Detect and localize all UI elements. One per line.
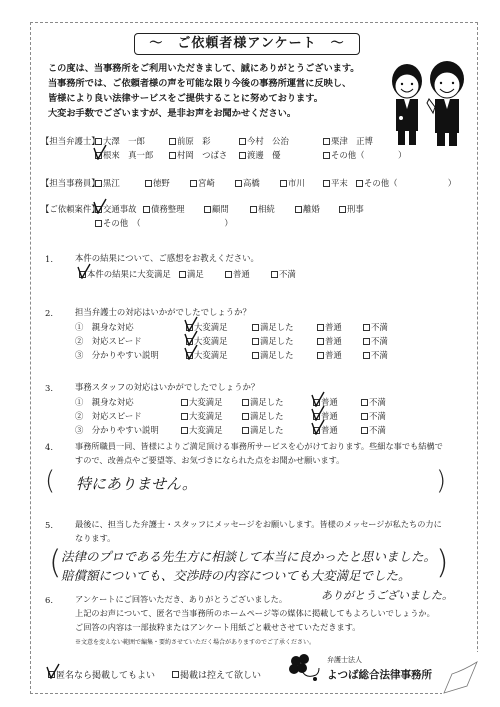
option-label: 不満 bbox=[369, 424, 386, 436]
q3-r1-normal[interactable]: 普通 bbox=[313, 396, 338, 408]
checkbox-checked[interactable] bbox=[48, 671, 55, 678]
q6-handwritten-thanks: ありがとうございました。 bbox=[321, 587, 453, 603]
option-label: 交通事故 bbox=[103, 203, 137, 215]
option-label: 普通 bbox=[325, 349, 342, 361]
intro-line: この度は、当事務所をご利用いただきまして、誠にありがとうございます。 bbox=[48, 61, 378, 76]
q5-text-line2: なります。 bbox=[75, 531, 115, 545]
q5-answer-line1[interactable]: 法律のプロである先生方に相談して本当に良かったと思いました。 bbox=[61, 547, 436, 565]
staff-option-ichikawa[interactable]: 市川 bbox=[280, 177, 305, 189]
q3-r1-very-satisfied[interactable]: 大変満足 bbox=[181, 396, 223, 408]
option-label: その他 （ ） bbox=[103, 217, 233, 229]
checkbox[interactable] bbox=[181, 399, 188, 406]
lawyer-option-maehara[interactable]: 前原 彩 bbox=[169, 135, 211, 147]
q4-text-line1: 事務所職員一同、皆様によりご満足頂ける事務所サービスを心がけております。些細な事… bbox=[75, 439, 443, 453]
option-label: 掲載は控えて欲しい bbox=[180, 668, 261, 681]
option-label: 大澤 一郎 bbox=[103, 135, 145, 147]
checkbox[interactable] bbox=[317, 324, 324, 331]
checkbox[interactable] bbox=[169, 138, 176, 145]
lawyer-option-watanabe[interactable]: 渡邊 優 bbox=[239, 149, 281, 161]
checkbox[interactable] bbox=[235, 180, 242, 187]
q3-r1-dissatisfied[interactable]: 不満 bbox=[361, 396, 386, 408]
checkbox[interactable] bbox=[323, 138, 330, 145]
option-label: 普通 bbox=[321, 424, 338, 436]
q2-r1-satisfied[interactable]: 満足した bbox=[252, 321, 294, 333]
option-label: 今村 公治 bbox=[247, 135, 289, 147]
q3-r3-normal[interactable]: 普通 bbox=[313, 424, 338, 436]
option-label: その他（ ） bbox=[364, 177, 456, 189]
q4-number: 4. bbox=[45, 442, 53, 452]
checkbox[interactable] bbox=[143, 206, 150, 213]
q2-r1-normal[interactable]: 普通 bbox=[317, 321, 342, 333]
option-label: 満足した bbox=[250, 410, 284, 422]
q3-item-1: ① 親身な対応 bbox=[75, 396, 134, 408]
option-label: 普通 bbox=[233, 268, 250, 280]
q6-text-line2: 上記のお声について、匿名で当事務所のホームページ等の媒体に掲載してもよろしいでし… bbox=[75, 606, 435, 620]
option-label: 相続 bbox=[258, 203, 275, 215]
checkbox[interactable] bbox=[95, 180, 102, 187]
q2-r1-very-satisfied[interactable]: 大変満足 bbox=[186, 321, 228, 333]
option-label: 市川 bbox=[288, 177, 305, 189]
lawyer-option-muraoka[interactable]: 村岡 つばさ bbox=[169, 149, 227, 161]
q6-note: ※文意を変えない範囲で編集・要約させていただく場合がありますのでご了承ください。 bbox=[75, 637, 315, 646]
q2-r3-normal[interactable]: 普通 bbox=[317, 349, 342, 361]
q4-answer[interactable]: 特にありません。 bbox=[76, 473, 197, 494]
staff-option-tokuno[interactable]: 徳野 bbox=[145, 177, 170, 189]
q2-item-3: ③ 分かりやすい説明 bbox=[75, 349, 159, 361]
q2-r3-satisfied[interactable]: 満足した bbox=[252, 349, 294, 361]
q2-r1-dissatisfied[interactable]: 不満 bbox=[363, 321, 388, 333]
case-option-other[interactable]: その他 （ ） bbox=[95, 217, 233, 229]
option-label: 不満 bbox=[371, 321, 388, 333]
staff-option-other[interactable]: その他（ ） bbox=[356, 177, 456, 189]
q3-r3-dissatisfied[interactable]: 不満 bbox=[361, 424, 386, 436]
checkbox[interactable] bbox=[252, 338, 259, 345]
lawyers-label: 【担当弁護士】 bbox=[41, 135, 100, 147]
option-label: 渡邊 優 bbox=[247, 149, 281, 161]
q3-item-2: ② 対応スピード bbox=[75, 410, 142, 422]
lawyer-option-osawa[interactable]: 大澤 一郎 bbox=[95, 135, 145, 147]
q5-answer-line2[interactable]: 賠償額についても、交渉時の内容についても大変満足でした。 bbox=[61, 566, 411, 584]
q5-bracket-left: ( bbox=[49, 543, 61, 581]
intro-text: この度は、当事務所をご利用いただきまして、誠にありがとうございます。 当事務所で… bbox=[48, 61, 378, 121]
option-label: 栗津 正博 bbox=[331, 135, 373, 147]
q3-r2-normal[interactable]: 普通 bbox=[313, 410, 338, 422]
option-label: 大変満足 bbox=[189, 424, 223, 436]
staff-option-kuroe[interactable]: 黒江 bbox=[95, 177, 120, 189]
checkbox[interactable] bbox=[271, 271, 278, 278]
option-label: 刑事 bbox=[347, 203, 364, 215]
option-label: 高橋 bbox=[243, 177, 260, 189]
option-label: 平末 bbox=[331, 177, 348, 189]
q3-r2-satisfied[interactable]: 満足した bbox=[242, 410, 284, 422]
q1-text: 本件の結果について、ご感想をお教えください。 bbox=[75, 251, 259, 265]
option-label: 離婚 bbox=[303, 203, 320, 215]
checkbox-checked[interactable] bbox=[186, 324, 193, 331]
option-label: 大変満足 bbox=[189, 396, 223, 408]
q1-number: 1. bbox=[45, 254, 53, 264]
intro-line: 当事務所では、ご依頼者様の声を可能な限り今後の事務所運営に反映し、 bbox=[48, 76, 378, 91]
option-label: 匿名なら掲載してもよい bbox=[56, 668, 155, 681]
lawyer-option-awazu[interactable]: 栗津 正博 bbox=[323, 135, 373, 147]
q3-text: 事務スタッフの対応はいかがでしたでしょうか？ bbox=[75, 380, 259, 394]
q1-option-normal[interactable]: 普通 bbox=[225, 268, 250, 280]
option-label: 不満 bbox=[371, 335, 388, 347]
option-label: 前原 彩 bbox=[177, 135, 211, 147]
option-label: 村岡 つばさ bbox=[177, 149, 227, 161]
q3-r3-very-satisfied[interactable]: 大変満足 bbox=[181, 424, 223, 436]
checkbox-checked[interactable] bbox=[313, 413, 320, 420]
q6-text-line3: ご回答の内容は一部抜粋またはアンケート用紙ごと載せさせていただきます。 bbox=[75, 620, 360, 634]
option-label: 普通 bbox=[321, 410, 338, 422]
clover-logo-icon bbox=[288, 653, 322, 683]
lawyer-option-other[interactable]: その他（ ） bbox=[323, 149, 406, 161]
q3-r2-very-satisfied[interactable]: 大変満足 bbox=[181, 410, 223, 422]
case-option-criminal[interactable]: 刑事 bbox=[339, 203, 364, 215]
checkbox-checked[interactable] bbox=[313, 427, 320, 434]
firm-name: よつば総合法律事務所 bbox=[327, 667, 432, 682]
q3-number: 3. bbox=[45, 383, 53, 393]
checkbox[interactable] bbox=[239, 138, 246, 145]
q2-number: 2. bbox=[45, 308, 53, 318]
checkbox[interactable] bbox=[250, 206, 257, 213]
option-label: 満足した bbox=[260, 349, 294, 361]
q4-bracket-left: ( bbox=[45, 466, 55, 496]
checkbox-checked[interactable] bbox=[186, 352, 193, 359]
checkbox-checked[interactable] bbox=[186, 338, 193, 345]
q6-option-decline[interactable]: 掲載は控えて欲しい bbox=[172, 668, 261, 681]
q2-text: 担当弁護士の対応はいかがでしたでしょうか？ bbox=[75, 305, 251, 319]
checkbox[interactable] bbox=[363, 352, 370, 359]
checkbox-checked[interactable] bbox=[95, 152, 102, 159]
checkbox[interactable] bbox=[363, 324, 370, 331]
option-label: 根來 真一郎 bbox=[103, 149, 153, 161]
checkbox[interactable] bbox=[323, 180, 330, 187]
checkbox[interactable] bbox=[172, 671, 179, 678]
option-label: 満足した bbox=[250, 396, 284, 408]
case-option-advisory[interactable]: 顧問 bbox=[204, 203, 229, 215]
q2-r2-very-satisfied[interactable]: 大変満足 bbox=[186, 335, 228, 347]
option-label: 宮崎 bbox=[198, 177, 215, 189]
checkbox[interactable] bbox=[280, 180, 287, 187]
mascot-illustration bbox=[379, 51, 479, 151]
option-label: 不満 bbox=[369, 410, 386, 422]
lawyer-option-negoro[interactable]: 根來 真一郎 bbox=[95, 149, 153, 161]
q2-r3-very-satisfied[interactable]: 大変満足 bbox=[186, 349, 228, 361]
checkbox[interactable] bbox=[242, 413, 249, 420]
firm-type: 弁護士法人 bbox=[327, 655, 362, 665]
checkbox[interactable] bbox=[95, 220, 102, 227]
checkbox[interactable] bbox=[361, 427, 368, 434]
checkbox[interactable] bbox=[361, 399, 368, 406]
q6-option-anonymous-ok[interactable]: 匿名なら掲載してもよい bbox=[48, 668, 155, 681]
option-label: 徳野 bbox=[153, 177, 170, 189]
option-label: 普通 bbox=[321, 396, 338, 408]
option-label: 大変満足 bbox=[189, 410, 223, 422]
survey-title: ～ ご依頼者様アンケート ～ bbox=[134, 33, 360, 55]
option-label: 普通 bbox=[325, 335, 342, 347]
option-label: 大変満足 bbox=[194, 321, 228, 333]
checkbox[interactable] bbox=[339, 206, 346, 213]
option-label: 不満 bbox=[279, 268, 296, 280]
checkbox[interactable] bbox=[252, 352, 259, 359]
case-option-divorce[interactable]: 離婚 bbox=[295, 203, 320, 215]
checkbox[interactable] bbox=[361, 413, 368, 420]
checkbox[interactable] bbox=[242, 427, 249, 434]
checkbox[interactable] bbox=[356, 180, 363, 187]
checkbox[interactable] bbox=[252, 324, 259, 331]
checkbox[interactable] bbox=[225, 271, 232, 278]
checkbox[interactable] bbox=[181, 413, 188, 420]
q2-r2-normal[interactable]: 普通 bbox=[317, 335, 342, 347]
q3-r2-dissatisfied[interactable]: 不満 bbox=[361, 410, 386, 422]
q5-text-line1: 最後に、担当した弁護士・スタッフにメッセージをお願いします。皆様のメッセージが私… bbox=[75, 517, 442, 531]
option-label: 不満 bbox=[369, 396, 386, 408]
option-label: 大変満足 bbox=[194, 335, 228, 347]
option-label: 本件の結果に大変満足 bbox=[87, 268, 171, 280]
option-label: 不満 bbox=[371, 349, 388, 361]
q1-option-dissatisfied[interactable]: 不満 bbox=[271, 268, 296, 280]
intro-line: 大変お手数でございますが、是非お声をお聞かせください。 bbox=[48, 106, 378, 121]
q4-bracket-right: ) bbox=[436, 466, 446, 496]
option-label: 大変満足 bbox=[194, 349, 228, 361]
checkbox[interactable] bbox=[181, 427, 188, 434]
checkbox-checked[interactable] bbox=[79, 271, 86, 278]
option-label: 満足した bbox=[260, 335, 294, 347]
q1-option-very-satisfied[interactable]: 本件の結果に大変満足 bbox=[79, 268, 171, 280]
q2-item-1: ① 親身な対応 bbox=[75, 321, 134, 333]
checkbox[interactable] bbox=[363, 338, 370, 345]
checkbox-checked[interactable] bbox=[313, 399, 320, 406]
staff-label: 【担当事務員】 bbox=[41, 177, 100, 189]
intro-line: 皆様により良い法律サービスをご提供することに努めております。 bbox=[48, 91, 378, 106]
checkbox[interactable] bbox=[323, 152, 330, 159]
option-label: 顧問 bbox=[212, 203, 229, 215]
checkbox[interactable] bbox=[204, 206, 211, 213]
checkbox[interactable] bbox=[239, 152, 246, 159]
checkbox[interactable] bbox=[242, 399, 249, 406]
staff-option-miyazaki[interactable]: 宮崎 bbox=[190, 177, 215, 189]
option-label: 満足した bbox=[250, 424, 284, 436]
checkbox[interactable] bbox=[295, 206, 302, 213]
two-lawyers-icon bbox=[379, 51, 479, 151]
q6-text-line1: アンケートにご回答いただき、ありがとうございました。 bbox=[75, 592, 287, 606]
q5-bracket-right: ) bbox=[436, 543, 448, 581]
option-label: 満足 bbox=[187, 268, 204, 280]
q2-r2-dissatisfied[interactable]: 不満 bbox=[363, 335, 388, 347]
case-option-debt[interactable]: 債務整理 bbox=[143, 203, 185, 215]
page-curl-decoration bbox=[442, 652, 478, 694]
q4-text-line2: すので、改善点やご要望等、お気づきになられた点をお聞かせ願います。 bbox=[75, 453, 344, 467]
survey-sheet: ～ ご依頼者様アンケート ～ この度は、当事務所をご利用いただきまして、誠にあり… bbox=[30, 22, 478, 694]
staff-option-takahashi[interactable]: 高橋 bbox=[235, 177, 260, 189]
option-label: その他（ ） bbox=[331, 149, 406, 161]
option-label: 債務整理 bbox=[151, 203, 185, 215]
option-label: 普通 bbox=[325, 321, 342, 333]
case-option-inheritance[interactable]: 相続 bbox=[250, 203, 275, 215]
q6-number: 6. bbox=[45, 595, 53, 605]
checkbox[interactable] bbox=[179, 271, 186, 278]
staff-option-hirasue[interactable]: 平末 bbox=[323, 177, 348, 189]
case-type-label: 【ご依頼案件】 bbox=[41, 203, 100, 215]
checkbox[interactable] bbox=[95, 138, 102, 145]
checkbox[interactable] bbox=[317, 338, 324, 345]
q3-r1-satisfied[interactable]: 満足した bbox=[242, 396, 284, 408]
checkbox[interactable] bbox=[145, 180, 152, 187]
checkbox[interactable] bbox=[317, 352, 324, 359]
option-label: 満足した bbox=[260, 321, 294, 333]
q2-item-2: ② 対応スピード bbox=[75, 335, 142, 347]
checkbox-checked[interactable] bbox=[95, 206, 102, 213]
lawyer-option-imamura[interactable]: 今村 公治 bbox=[239, 135, 289, 147]
checkbox[interactable] bbox=[169, 152, 176, 159]
q1-option-satisfied[interactable]: 満足 bbox=[179, 268, 204, 280]
case-option-traffic-accident[interactable]: 交通事故 bbox=[95, 203, 137, 215]
checkbox[interactable] bbox=[190, 180, 197, 187]
option-label: 黒江 bbox=[103, 177, 120, 189]
q3-item-3: ③ 分かりやすい説明 bbox=[75, 424, 159, 436]
q2-r3-dissatisfied[interactable]: 不満 bbox=[363, 349, 388, 361]
q2-r2-satisfied[interactable]: 満足した bbox=[252, 335, 294, 347]
q5-number: 5. bbox=[45, 520, 53, 530]
q3-r3-satisfied[interactable]: 満足した bbox=[242, 424, 284, 436]
